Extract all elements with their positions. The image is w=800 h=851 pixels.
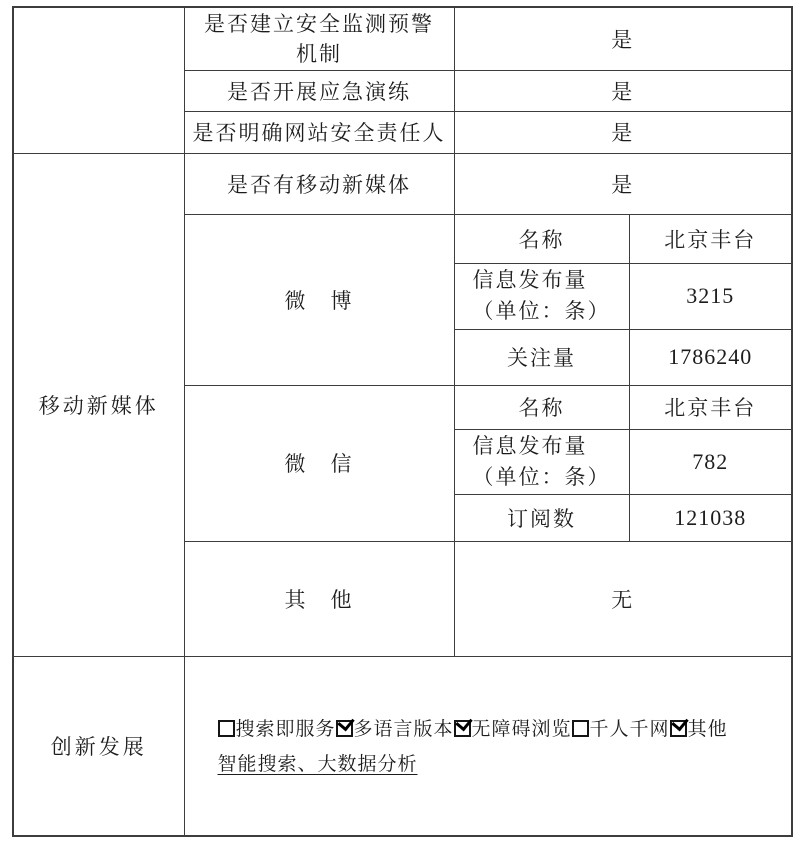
other-media-value: 无: [454, 541, 792, 656]
section-label-mobile-media: 移动新媒体: [13, 153, 184, 656]
innovation-option: 搜索即服务: [218, 716, 336, 743]
weibo-posts-value: 3215: [629, 263, 792, 329]
emergency-drill-value: 是: [454, 70, 792, 111]
has-mobile-media-label: 是否有移动新媒体: [184, 153, 454, 214]
weibo-posts-label-line1: 信息发布量: [473, 265, 611, 296]
other-media-label: 其 他: [184, 541, 454, 656]
innovation-option-label: 搜索即服务: [236, 719, 336, 740]
innovation-option-label: 无障碍浏览: [472, 719, 572, 740]
checkbox-checked-icon[interactable]: [336, 720, 353, 737]
wechat-posts-value: 782: [629, 429, 792, 494]
wechat-name-label: 名称: [454, 385, 629, 429]
check-mark-icon: [337, 713, 354, 731]
weibo-name-label: 名称: [454, 214, 629, 263]
has-mobile-media-value: 是: [454, 153, 792, 214]
weibo-posts-label: 信息发布量 （单位：条）: [454, 263, 629, 329]
innovation-options: 搜索即服务多语言版本无障碍浏览千人千网其他: [218, 716, 792, 743]
innovation-option-label: 多语言版本: [354, 719, 454, 740]
security-monitor-label-line1: 是否建立安全监测预警: [185, 9, 454, 39]
weibo-followers-label: 关注量: [454, 329, 629, 385]
wechat-label: 微 信: [184, 385, 454, 541]
innovation-option: 千人千网: [572, 716, 670, 743]
innovation-other-detail: 智能搜索、大数据分析: [218, 749, 792, 776]
security-monitor-value: 是: [454, 7, 792, 70]
wechat-subscribers-label: 订阅数: [454, 494, 629, 541]
checkbox-unchecked-icon[interactable]: [218, 720, 235, 737]
checkbox-checked-icon[interactable]: [670, 720, 687, 737]
security-owner-label: 是否明确网站安全责任人: [184, 111, 454, 153]
innovation-option-label: 其他: [688, 719, 728, 740]
check-mark-icon: [671, 713, 688, 731]
check-mark-icon: [455, 713, 472, 731]
section-cell-empty: [13, 7, 184, 153]
section-label-innovation: 创新发展: [13, 656, 184, 836]
weibo-name-value: 北京丰台: [629, 214, 792, 263]
wechat-subscribers-value: 121038: [629, 494, 792, 541]
security-monitor-label-line2: 机制: [185, 39, 454, 69]
weibo-posts-label-line2: （单位：条）: [473, 296, 611, 327]
innovation-option: 其他: [670, 716, 728, 743]
security-owner-value: 是: [454, 111, 792, 153]
checkbox-checked-icon[interactable]: [454, 720, 471, 737]
innovation-cell: 搜索即服务多语言版本无障碍浏览千人千网其他 智能搜索、大数据分析: [184, 656, 792, 836]
annual-report-table: 是否建立安全监测预警 机制 是 是否开展应急演练 是 是否明确网站安全责任人 是…: [12, 6, 793, 837]
innovation-option-label: 千人千网: [590, 719, 670, 740]
wechat-name-value: 北京丰台: [629, 385, 792, 429]
innovation-option: 无障碍浏览: [454, 716, 572, 743]
innovation-option: 多语言版本: [336, 716, 454, 743]
wechat-posts-label-line2: （单位：条）: [473, 462, 611, 493]
wechat-posts-label: 信息发布量 （单位：条）: [454, 429, 629, 494]
wechat-posts-label-line1: 信息发布量: [473, 431, 611, 462]
emergency-drill-label: 是否开展应急演练: [184, 70, 454, 111]
checkbox-unchecked-icon[interactable]: [572, 720, 589, 737]
report-page: 是否建立安全监测预警 机制 是 是否开展应急演练 是 是否明确网站安全责任人 是…: [0, 0, 800, 851]
security-monitor-label: 是否建立安全监测预警 机制: [184, 7, 454, 70]
weibo-label: 微 博: [184, 214, 454, 385]
weibo-followers-value: 1786240: [629, 329, 792, 385]
